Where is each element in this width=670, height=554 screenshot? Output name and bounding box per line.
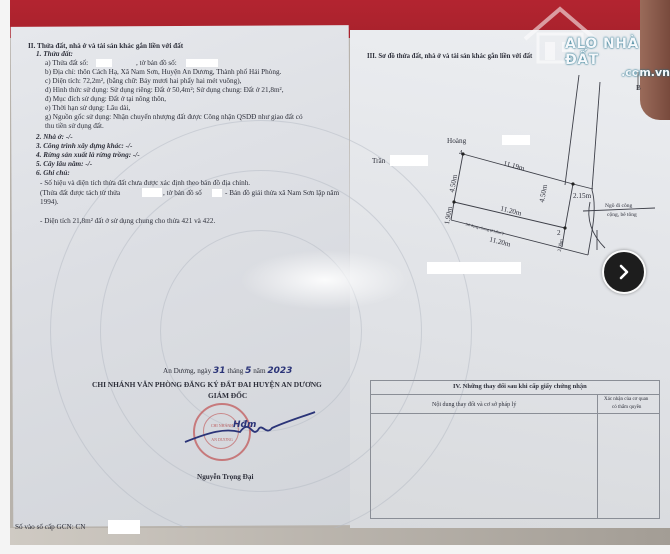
date-year: 2023 [267,366,292,376]
redacted-source-parcel [142,188,162,197]
section4-heading: IV. Những thay đổi sau khi cấp giấy chứn… [453,384,587,391]
office-name: CHI NHÁNH VĂN PHÒNG ĐĂNG KÝ ĐẤT ĐAI HUYỆ… [92,381,322,388]
redacted-map-number [186,59,218,67]
neighbor-top: Hoàng [447,138,466,145]
signer-name: Nguyễn Trọng Đại [197,474,253,481]
signature-stroke [180,410,320,450]
date-month: 5 [245,366,251,376]
changes-col2-header-a: Xác nhận của cơ quan [604,397,648,402]
note-1: - Số hiệu và diện tích thửa đất chưa đượ… [40,180,250,187]
road-label-1: Ngõ đi công [605,204,632,210]
edge-right-short: 2.15m [573,193,591,200]
redacted-parcel-number [96,59,112,67]
road-label-2: cộng, bê tông [607,213,637,219]
note-2b: , tờ bản đồ số [163,190,202,197]
land-purpose: đ) Mục đích sử dụng: Đất ở tại nông thôn… [45,96,166,103]
perennial-item: 5. Cây lâu năm: -/- [36,161,92,168]
changes-col1-header: Nội dung thay đổi và cơ sở pháp lý [432,402,516,408]
other-construction-item: 3. Công trình xây dựng khác: -/- [36,143,132,150]
notes-title: 6. Ghi chú: [36,170,70,177]
land-area: c) Diện tích: 72,2m², (bằng chữ: Bảy mươ… [45,78,241,85]
land-address: b) Địa chỉ: thôn Cách Hạ, Xã Nam Sơn, Hu… [45,69,281,76]
note-2d: 1994). [40,199,59,206]
date-year-label: năm [253,367,265,375]
land-origin-cont: thu tiền sử dụng đất. [45,123,104,130]
note-3: - Diện tích 21,8m² đất ở sử dụng chung c… [40,218,215,225]
land-usage-form: d) Hình thức sử dụng: Sử dụng riêng: Đất… [45,87,284,94]
note-2a: (Thửa đất được tách từ thửa [40,190,120,197]
land-title: 1. Thửa đất: [36,51,73,58]
redacted-owner-area [427,262,521,274]
signer-role: GIÁM ĐỐC [208,392,247,399]
redacted-registry-number [108,520,140,534]
date-month-label: tháng [227,367,243,375]
land-a-prefix: a) Thửa đất số: [45,60,88,67]
signature-mark: Hđm [233,421,256,430]
neighbor-left: Trần [372,158,385,165]
forest-item: 4. Rừng sản xuất là rừng trồng: -/- [36,152,140,159]
house-item: 2. Nhà ở: -/- [36,134,73,141]
note-2c: - Bản đồ giải thửa xã Nam Sơn lập năm [225,190,339,197]
point-4: 4 [459,150,463,157]
registry-label: Số vào sổ cấp GCN: CN [15,524,85,531]
date-day: 31 [213,366,226,376]
date-line: An Dương, ngày 31 tháng 5 năm 2023 [163,367,292,376]
redacted-neighbor-left [390,155,428,166]
land-a-mid: , tờ bản đồ số: [136,60,177,67]
changes-col2-header-b: có thẩm quyền [612,405,641,410]
redacted-neighbor-top [502,135,530,145]
next-image-button[interactable] [602,250,646,294]
chevron-right-icon [615,263,633,281]
land-origin: g) Nguồn gốc sử dụng: Nhận chuyển nhượng… [45,114,303,121]
date-prefix: An Dương, ngày [163,367,211,375]
land-term: e) Thời hạn sử dụng: Lâu dài, [45,105,130,112]
point-2: 2 [557,230,561,237]
redacted-source-map [212,189,222,197]
